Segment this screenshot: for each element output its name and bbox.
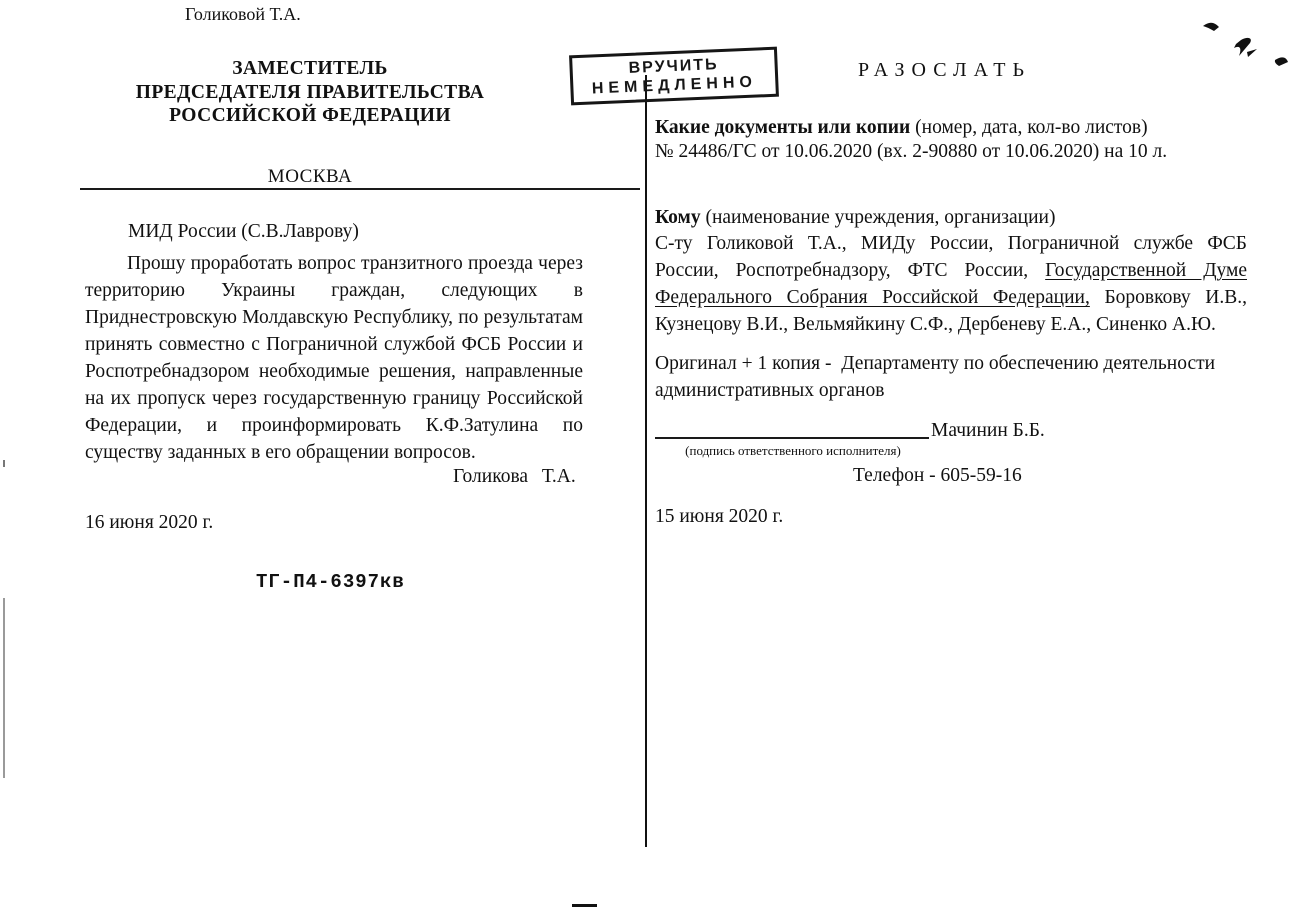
letter-body: Прошу проработать вопрос транзитного про… <box>85 250 583 466</box>
to-label-rest: (наименование учреждения, организации) <box>701 207 1056 228</box>
signature-caption: (подпись ответственного исполнителя) <box>658 443 928 459</box>
to-label: Кому (наименование учреждения, организац… <box>655 207 1255 229</box>
original-copy-note: Оригинал + 1 копия - Департаменту по обе… <box>655 350 1220 404</box>
pen-marks-icon <box>1195 14 1295 74</box>
document-number: ТГ-П4-6397кв <box>256 571 405 593</box>
letterhead: ЗАМЕСТИТЕЛЬ ПРЕДСЕДАТЕЛЯ ПРАВИТЕЛЬСТВА Р… <box>85 57 535 188</box>
letter-date: 16 июня 2020 г. <box>85 512 213 534</box>
dispatch-title: РАЗОСЛАТЬ <box>858 59 1031 82</box>
to-label-bold: Кому <box>655 207 701 228</box>
documents-label-bold: Какие документы или копии <box>655 117 910 138</box>
letterhead-rule <box>80 188 640 190</box>
documents-label: Какие документы или копии (номер, дата, … <box>655 117 1255 139</box>
documents-value: № 24486/ГС от 10.06.2020 (вх. 2-90880 от… <box>655 141 1255 163</box>
letterhead-line-3: РОССИЙСКОЙ ФЕДЕРАЦИИ <box>85 104 535 128</box>
signature-line <box>655 437 929 439</box>
column-divider-line <box>645 75 647 847</box>
letterhead-line-2: ПРЕДСЕДАТЕЛЯ ПРАВИТЕЛЬСТВА <box>85 81 535 105</box>
documents-label-rest: (номер, дата, кол-во листов) <box>910 117 1147 138</box>
letterhead-line-1: ЗАМЕСТИТЕЛЬ <box>85 57 535 81</box>
dispatch-date: 15 июня 2020 г. <box>655 506 783 528</box>
addressee-note: Голиковой Т.А. <box>185 4 301 25</box>
urgent-delivery-stamp: ВРУЧИТЬ НЕМЕДЛЕННО <box>569 47 779 106</box>
page-bottom-mark <box>572 904 597 907</box>
recipients-list: С-ту Голиковой Т.А., МИДу России, Погран… <box>655 230 1247 338</box>
letter-recipient: МИД России (С.В.Лаврову) <box>128 221 359 243</box>
letterhead-city: МОСКВА <box>85 166 535 188</box>
executor-name: Мачинин Б.Б. <box>931 420 1045 442</box>
scan-edge-tick <box>3 460 5 467</box>
letter-signature: Голикова Т.А. <box>453 466 576 488</box>
phone-number: Телефон - 605-59-16 <box>853 465 1022 487</box>
scanned-document-page: Голиковой Т.А. ЗАМЕСТИТЕЛЬ ПРЕДСЕДАТЕЛЯ … <box>0 0 1296 910</box>
scan-edge-artifact <box>3 598 5 778</box>
